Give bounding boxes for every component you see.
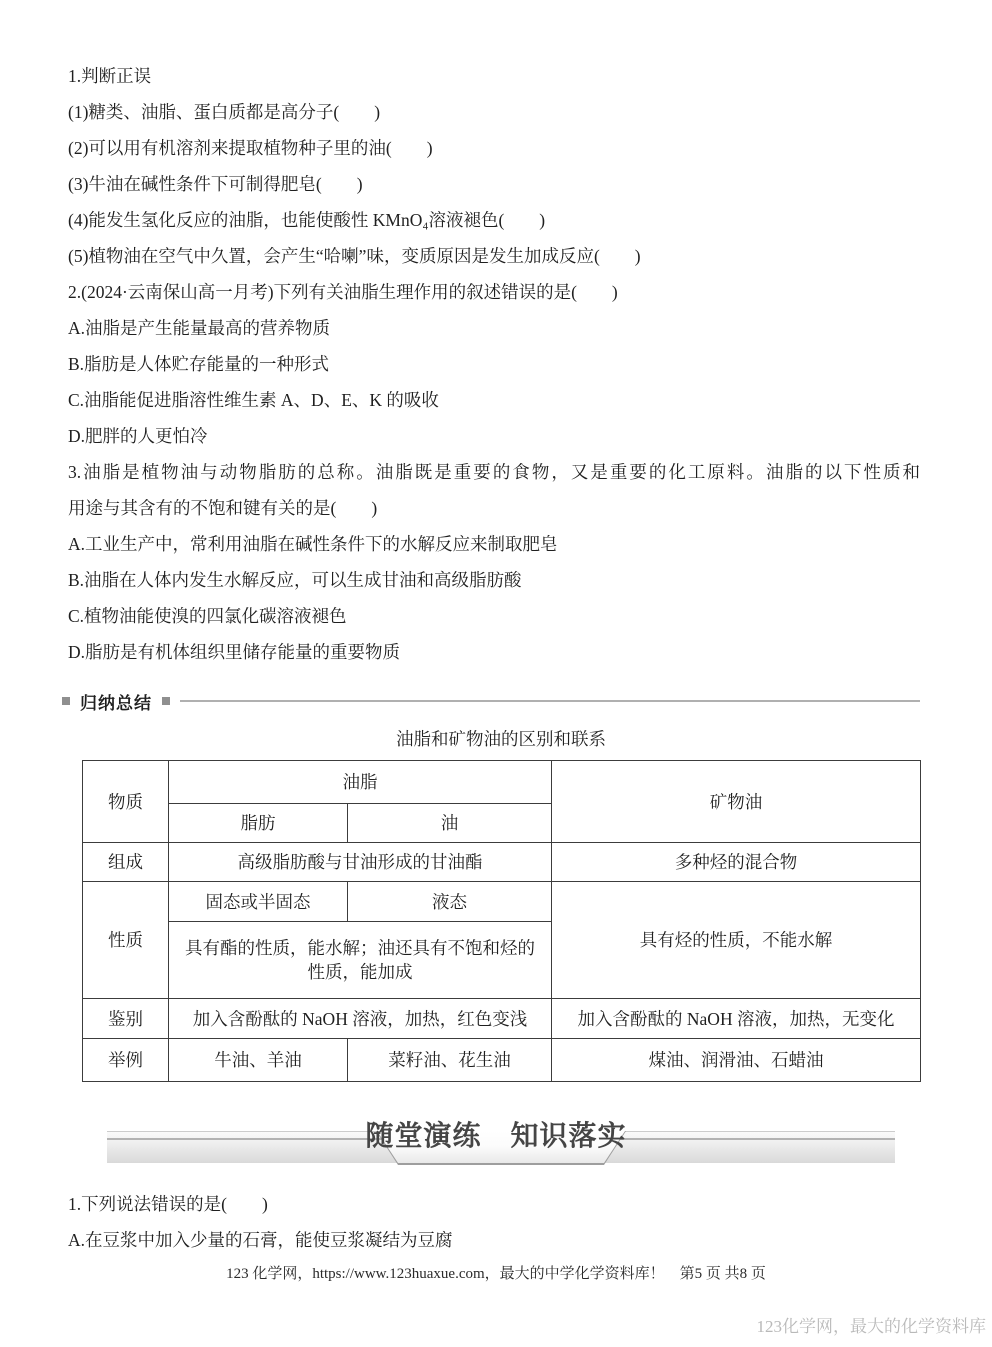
q1-stem: 1.判断正误 <box>68 58 920 94</box>
quiz-q1-option-a: A.在豆浆中加入少量的石膏，能使豆浆凝结为豆腐 <box>68 1222 920 1258</box>
worksheet-page: { "colors": { "body_text": "#1f1f1f", "d… <box>0 0 992 1347</box>
cell-identification-oils: 加入含酚酞的 NaOH 溶液，加热，红色变浅 <box>169 999 552 1039</box>
q1-item-5: (5)植物油在空气中久置，会产生“哈喇”味，变质原因是发生加成反应( ) <box>68 238 920 274</box>
cell-properties-oils-common: 具有酯的性质，能水解；油还具有不饱和烃的性质，能加成 <box>169 922 552 999</box>
cell-examples-oil: 菜籽油、花生油 <box>348 1039 552 1082</box>
cell-composition-oils: 高级脂肪酸与甘油形成的甘油酯 <box>169 843 552 882</box>
q1-item-1: (1)糖类、油脂、蛋白质都是高分子( ) <box>68 94 920 130</box>
q2-option-a: A.油脂是产生能量最高的营养物质 <box>68 310 920 346</box>
cell-examples-fat: 牛油、羊油 <box>169 1039 348 1082</box>
q2-stem: 2.(2024·云南保山高一月考)下列有关油脂生理作用的叙述错误的是( ) <box>68 274 920 310</box>
q1-item-3: (3)牛油在碱性条件下可制得肥皂( ) <box>68 166 920 202</box>
comparison-table: 物质 油脂 矿物油 脂肪 油 组成 高级脂肪酸与甘油形成的甘油酯 多种烃的混合物… <box>82 760 921 1082</box>
th-substance: 物质 <box>83 761 169 843</box>
q3-option-c: C.植物油能使溴的四氯化碳溶液褪色 <box>68 598 920 634</box>
q1-item-2: (2)可以用有机溶剂来提取植物种子里的油( ) <box>68 130 920 166</box>
q3-stem-line-2: 用途与其含有的不饱和键有关的是( ) <box>68 490 920 526</box>
q2-option-d: D.肥胖的人更怕冷 <box>68 418 920 454</box>
q3-stem-line-1: 3.油脂是植物油与动物脂肪的总称。油脂既是重要的食物，又是重要的化工原料。油脂的… <box>68 454 920 490</box>
row-label-identification: 鉴别 <box>83 999 169 1039</box>
q3-option-b: B.油脂在人体内发生水解反应，可以生成甘油和高级脂肪酸 <box>68 562 920 598</box>
square-bullet-icon <box>162 697 170 705</box>
row-label-composition: 组成 <box>83 843 169 882</box>
questions-block: 1.判断正误 (1)糖类、油脂、蛋白质都是高分子( ) (2)可以用有机溶剂来提… <box>68 58 920 670</box>
q2-option-c: C.油脂能促进脂溶性维生素 A、D、E、K 的吸收 <box>68 382 920 418</box>
cell-examples-mineral: 煤油、润滑油、石蜡油 <box>552 1039 921 1082</box>
page-footer: 123 化学网，https://www.123huaxue.com，最大的中学化… <box>0 1263 992 1285</box>
square-bullet-icon <box>62 697 70 705</box>
cell-properties-mineral: 具有烃的性质，不能水解 <box>552 882 921 999</box>
quiz-block: 1.下列说法错误的是( ) A.在豆浆中加入少量的石膏，能使豆浆凝结为豆腐 <box>68 1186 920 1258</box>
cell-oil-state: 液态 <box>348 882 552 922</box>
th-fat: 脂肪 <box>169 804 348 843</box>
q1-item-4: (4)能发生氢化反应的油脂，也能使酸性 KMnO₄溶液褪色( ) <box>68 202 920 238</box>
q3-option-a: A.工业生产中，常利用油脂在碱性条件下的水解反应来制取肥皂 <box>68 526 920 562</box>
cell-identification-mineral: 加入含酚酞的 NaOH 溶液，加热，无变化 <box>552 999 921 1039</box>
q2-option-b: B.脂肪是人体贮存能量的一种形式 <box>68 346 920 382</box>
q3-option-d: D.脂肪是有机体组织里储存能量的重要物质 <box>68 634 920 670</box>
cell-fat-state: 固态或半固态 <box>169 882 348 922</box>
summary-section-title: 归纳总结 <box>80 689 152 714</box>
summary-section-header: 归纳总结 <box>62 688 920 714</box>
row-label-examples: 举例 <box>83 1039 169 1082</box>
table-title: 油脂和矿物油的区别和联系 <box>82 726 920 752</box>
site-watermark: 123化学网，最大的化学资料库 <box>757 1315 987 1339</box>
banner-title: 随堂演练 知识落实 <box>0 1120 992 1152</box>
cell-composition-mineral: 多种烃的混合物 <box>552 843 921 882</box>
row-label-properties: 性质 <box>83 882 169 999</box>
quiz-q1-stem: 1.下列说法错误的是( ) <box>68 1186 920 1222</box>
th-mineral-oil: 矿物油 <box>552 761 921 843</box>
th-oils-group: 油脂 <box>169 761 552 804</box>
section-divider-line <box>180 700 920 702</box>
th-oil: 油 <box>348 804 552 843</box>
